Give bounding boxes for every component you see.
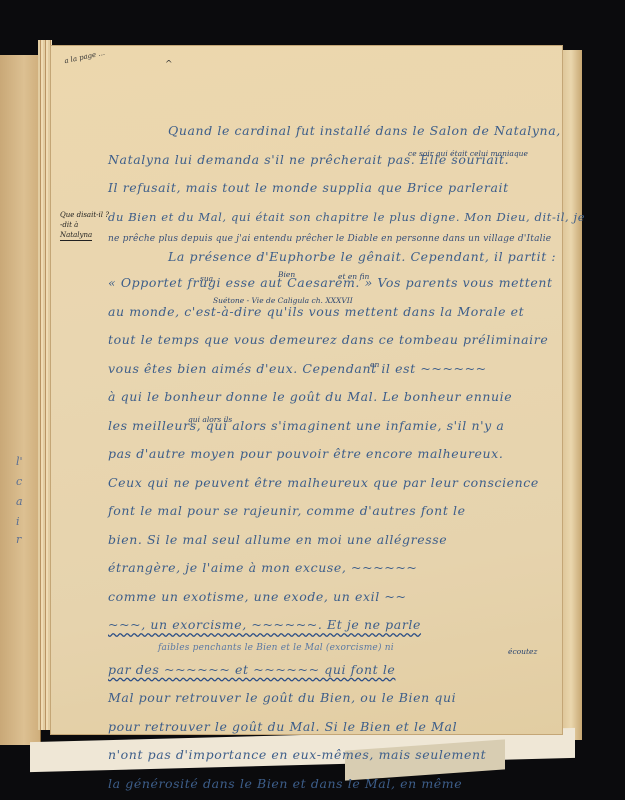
caret-mark: ^	[165, 60, 173, 70]
line-text: les meilleurs, qui alors s'imaginent une…	[108, 418, 504, 433]
manuscript-line: étrangère, je l'aime à mon excuse, ~~~~~…	[108, 554, 558, 583]
corner-annotation: a la page ...	[64, 49, 106, 65]
manuscript-line: Mal pour retrouver le goût du Bien, ou l…	[108, 684, 558, 713]
manuscript-line: tout le temps que vous demeurez dans ce …	[108, 326, 558, 355]
manuscript-line: font le mal pour se rajeunir, comme d'au…	[108, 497, 558, 526]
manuscript-line-struck: ~~~, un exorcisme, ~~~~~~. Et je ne parl…	[108, 611, 558, 640]
line-text: étrangère, je l'aime à mon excuse, ~~~~~…	[108, 560, 418, 575]
manuscript-line: Il refusait, mais tout le monde supplia …	[108, 174, 558, 203]
line-text: n'ont pas d'importance en eux-mêmes, mai…	[108, 747, 486, 762]
interlinear-insert: ce soir qui était celui maniaque	[408, 140, 528, 168]
line-text: faibles penchants le Bien et le Mal (exo…	[108, 643, 394, 653]
interlinear-insert: Bien	[278, 261, 295, 289]
left-book-mark: a	[16, 495, 23, 508]
line-text: bien. Si le mal seul allume en moi une a…	[108, 532, 447, 547]
manuscript-line: bien. Si le mal seul allume en moi une a…	[108, 526, 558, 555]
line-text: tout le temps que vous demeurez dans ce …	[108, 332, 548, 347]
line-text: à qui le bonheur donne le goût du Mal. L…	[108, 389, 512, 404]
line-text: Il refusait, mais tout le monde supplia …	[108, 180, 509, 195]
line-text: pour retrouver le goût du Mal. Si le Bie…	[108, 719, 457, 734]
manuscript-line: comme un exotisme, une exode, un exil ~~	[108, 583, 558, 612]
line-text: La présence d'Euphorbe le gênait. Cepend…	[168, 249, 556, 264]
manuscript-line: à qui le bonheur donne le goût du Mal. L…	[108, 383, 558, 412]
manuscript-line: qui alors ils les meilleurs, qui alors s…	[108, 412, 558, 441]
line-text: ~~~, un exorcisme, ~~~~~~. Et je ne parl…	[108, 617, 421, 632]
margin-note-line: Natalyna	[60, 230, 92, 241]
line-text: Ceux qui ne peuvent être malheureux que …	[108, 475, 539, 490]
line-text: ne prêche plus depuis que j'ai entendu p…	[108, 234, 551, 244]
line-text: du Bien et du Mal, qui était son chapitr…	[108, 210, 585, 224]
left-book-mark: c	[16, 475, 22, 488]
line-text: au monde, c'est-à-dire qu'ils vous mette…	[108, 304, 524, 319]
line-text: la générosité dans le Bien et dans le Ma…	[108, 776, 462, 791]
interlinear-insert: qui alors ils	[188, 406, 232, 434]
interlinear-insert: sua	[200, 265, 213, 293]
manuscript-line: ne prêche plus depuis que j'ai entendu p…	[108, 231, 558, 247]
left-book-mark: i	[16, 515, 20, 528]
right-stack-edge	[560, 50, 582, 740]
manuscript-line: pas d'autre moyen pour pouvoir être enco…	[108, 440, 558, 469]
manuscript-line: n'ont pas d'importance en eux-mêmes, mai…	[108, 741, 558, 770]
manuscript-line-struck: par des ~~~~~~ et ~~~~~~ qui font le	[108, 656, 558, 685]
manuscript-line: ce soir qui était celui maniaque Natalyn…	[108, 146, 558, 175]
left-book-mark: l'	[16, 455, 23, 468]
manuscript-page: a la page ... ^ Que disait-il ? -dit à N…	[50, 45, 563, 735]
line-text: comme un exotisme, une exode, un exil ~~	[108, 589, 407, 604]
manuscript-line: du Bien et du Mal, qui était son chapitr…	[108, 203, 558, 232]
line-text: font le mal pour se rajeunir, comme d'au…	[108, 503, 466, 518]
manuscript-text: Quand le cardinal fut installé dans le S…	[108, 107, 558, 798]
line-text: par des ~~~~~~ et ~~~~~~ qui font le	[108, 662, 395, 677]
manuscript-line: la générosité dans le Bien et dans le Ma…	[108, 770, 558, 799]
manuscript-line: Ceux qui ne peuvent être malheureux que …	[108, 469, 558, 498]
manuscript-line: sua Bien et en fin Suétone - Vie de Cali…	[108, 269, 558, 298]
line-text: Mal pour retrouver le goût du Bien, ou l…	[108, 690, 456, 705]
line-text: vous êtes bien aimés d'eux. Cependant il…	[108, 361, 487, 376]
manuscript-line: La présence d'Euphorbe le gênait. Cepend…	[108, 247, 558, 269]
line-text: pas d'autre moyen pour pouvoir être enco…	[108, 446, 503, 461]
interlinear-insert: en	[370, 351, 379, 379]
manuscript-line: pour retrouver le goût du Mal. Si le Bie…	[108, 713, 558, 742]
manuscript-line: au monde, c'est-à-dire qu'ils vous mette…	[108, 298, 558, 327]
left-book-mark: r	[16, 533, 21, 546]
line-text: Quand le cardinal fut installé dans le S…	[168, 123, 561, 138]
manuscript-line-insert: écoutez faibles penchants le Bien et le …	[108, 640, 558, 656]
left-notebook-pages: l' c a i r	[0, 55, 41, 745]
manuscript-line: en vous êtes bien aimés d'eux. Cependant…	[108, 355, 558, 384]
